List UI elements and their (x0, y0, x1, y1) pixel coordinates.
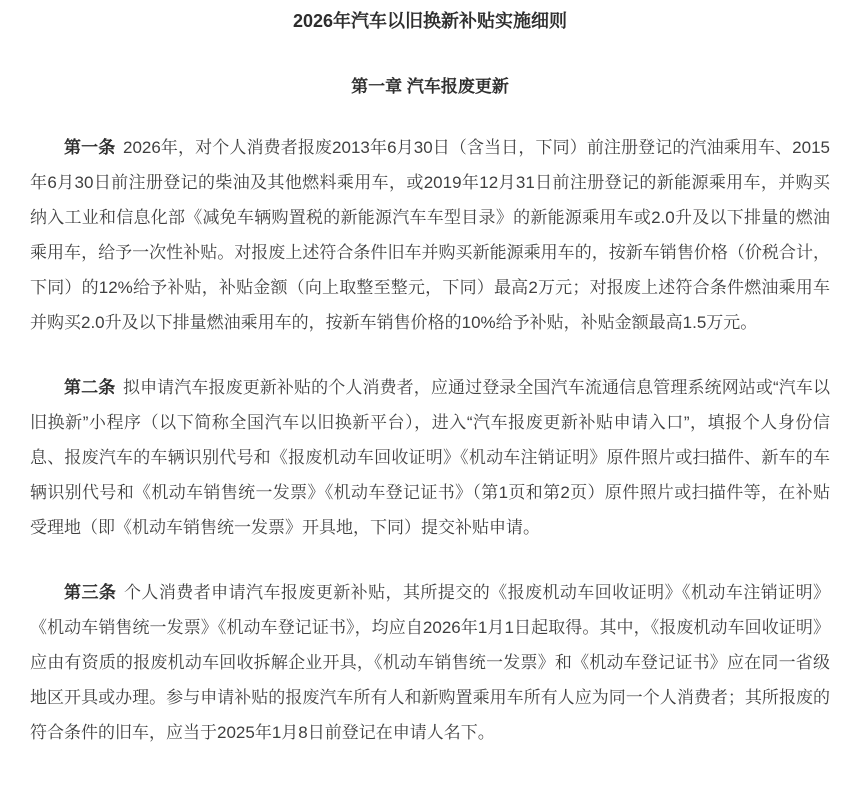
document-page: 2026年汽车以旧换新补贴实施细则 第一章 汽车报废更新 第一条2026年，对个… (0, 0, 858, 800)
article-2-number: 第二条 (64, 378, 115, 397)
article-paragraph-3: 第三条个人消费者申请汽车报废更新补贴，其所提交的《报废机动车回收证明》《机动车注… (30, 575, 830, 750)
article-1-text: 2026年，对个人消费者报废2013年6月30日（含当日，下同）前注册登记的汽油… (30, 138, 830, 332)
article-3-text: 个人消费者申请汽车报废更新补贴，其所提交的《报废机动车回收证明》《机动车注销证明… (30, 583, 830, 742)
article-1-number: 第一条 (64, 138, 115, 157)
article-paragraph-1: 第一条2026年，对个人消费者报废2013年6月30日（含当日，下同）前注册登记… (30, 130, 830, 340)
article-3-number: 第三条 (64, 583, 116, 602)
article-paragraph-2: 第二条拟申请汽车报废更新补贴的个人消费者，应通过登录全国汽车流通信息管理系统网站… (30, 370, 830, 545)
document-title: 2026年汽车以旧换新补贴实施细则 (30, 8, 830, 34)
chapter-heading: 第一章 汽车报废更新 (30, 74, 830, 100)
page-background: { "document": { "title": "2026年汽车以旧换新补贴实… (0, 0, 858, 800)
article-2-text: 拟申请汽车报废更新补贴的个人消费者，应通过登录全国汽车流通信息管理系统网站或“汽… (30, 378, 830, 537)
